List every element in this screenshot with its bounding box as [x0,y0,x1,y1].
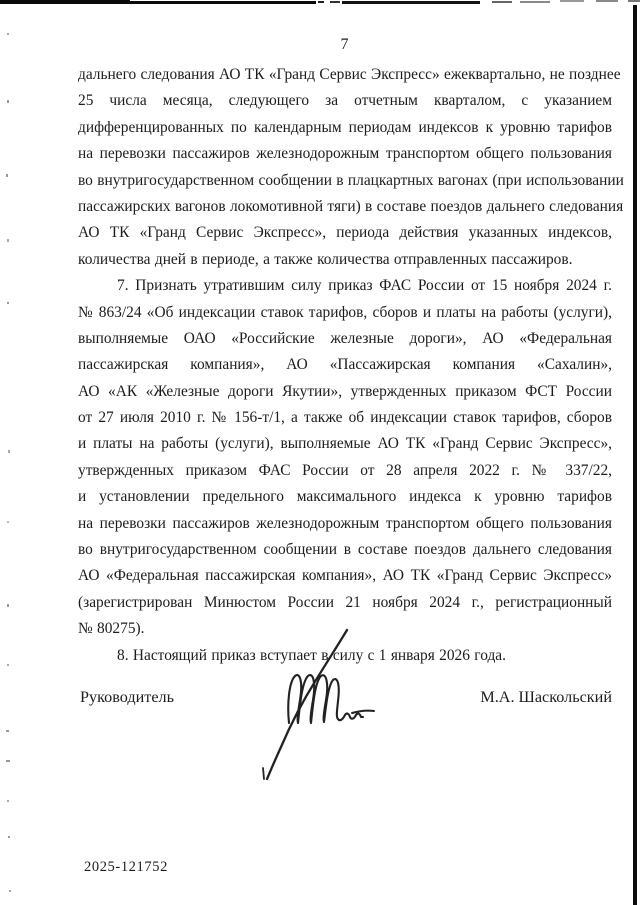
scan-noise-dot [7,239,9,242]
document-code: 2025-121752 [84,859,168,876]
text-line: на перевозки пассажиров железнодорожным … [78,511,612,537]
scan-noise-dot [6,730,9,732]
text-line: и установлении предельного максимального… [78,484,612,510]
scan-edge-artifact [0,0,130,4]
scan-edge-artifact [318,1,324,3]
text-line: дальнего следования АО ТК «Гранд Сервис … [78,62,612,88]
scan-noise-dot [7,33,9,35]
text-line: 7. Признать утратившим силу приказ ФАС Р… [78,273,612,299]
scan-noise-dot [7,664,9,666]
scan-edge-artifact [560,0,584,2]
document-body: дальнего следования АО ТК «Гранд Сервис … [78,62,612,669]
text-line: дифференцированных по календарным период… [78,115,612,141]
text-line: количества дней в периоде, а также колич… [78,247,612,273]
text-line: № 80275). [78,616,612,642]
text-line: пассажирская компания», АО «Пассажирская… [78,352,612,378]
scan-edge-artifact [596,0,618,2]
scan-edge-artifact [330,1,340,3]
scan-edge-artifact [492,1,512,3]
text-line: АО «Федеральная пассажирская компания», … [78,563,612,589]
scan-noise-dot [8,836,10,838]
scan-edge-line [633,5,637,905]
text-line: утвержденных приказом ФАС России от 28 а… [78,458,612,484]
text-line: 8. Настоящий приказ вступает в силу с 1 … [78,643,612,669]
scan-noise-dot [7,521,9,523]
text-line: и платы на работы (услуги), выполняемые … [78,431,612,457]
scan-noise-dot [6,174,8,177]
scan-edge-artifact [342,1,480,4]
text-line: во внутригосударственном сообщении в сос… [78,537,612,563]
text-line: на перевозки пассажиров железнодорожным … [78,141,612,167]
scan-edge-artifact [628,0,640,2]
text-line: во внутригосударственном сообщении в пла… [78,168,612,194]
text-line: 25 числа месяца, следующего за отчетным … [78,88,612,114]
scan-noise-dot [7,800,9,802]
text-line: пассажирских вагонов локомотивной тяги) … [78,194,612,220]
signatory-title: Руководитель [78,688,174,707]
scan-edge-artifact [130,1,316,4]
text-line: выполняемые ОАО «Российские железные дор… [78,326,612,352]
text-line: № 863/24 «Об индексации ставок тарифов, … [78,300,612,326]
text-line: (зарегистрирован Минюстом России 21 нояб… [78,590,612,616]
scan-noise-dot [8,450,10,453]
scan-noise-dot [9,890,11,892]
scan-noise-dot [7,100,9,103]
text-line: АО ТК «Гранд Сервис Экспресс», периода д… [78,220,612,246]
scanned-document-page: 7 дальнего следования АО ТК «Гранд Серви… [0,0,640,905]
signature-block: Руководитель М.А. Шаскольский [78,688,612,707]
scan-noise-dot [7,604,9,607]
text-line: от 27 июля 2010 г. № 156-т/1, а также об… [78,405,612,431]
signatory-name: М.А. Шаскольский [480,688,612,707]
scan-noise-dot [7,302,9,304]
text-line: АО «АК «Железные дороги Якутии», утвержд… [78,379,612,405]
page-number: 7 [78,36,612,54]
scan-noise-dot [6,760,10,762]
scan-edge-artifact [520,1,550,3]
